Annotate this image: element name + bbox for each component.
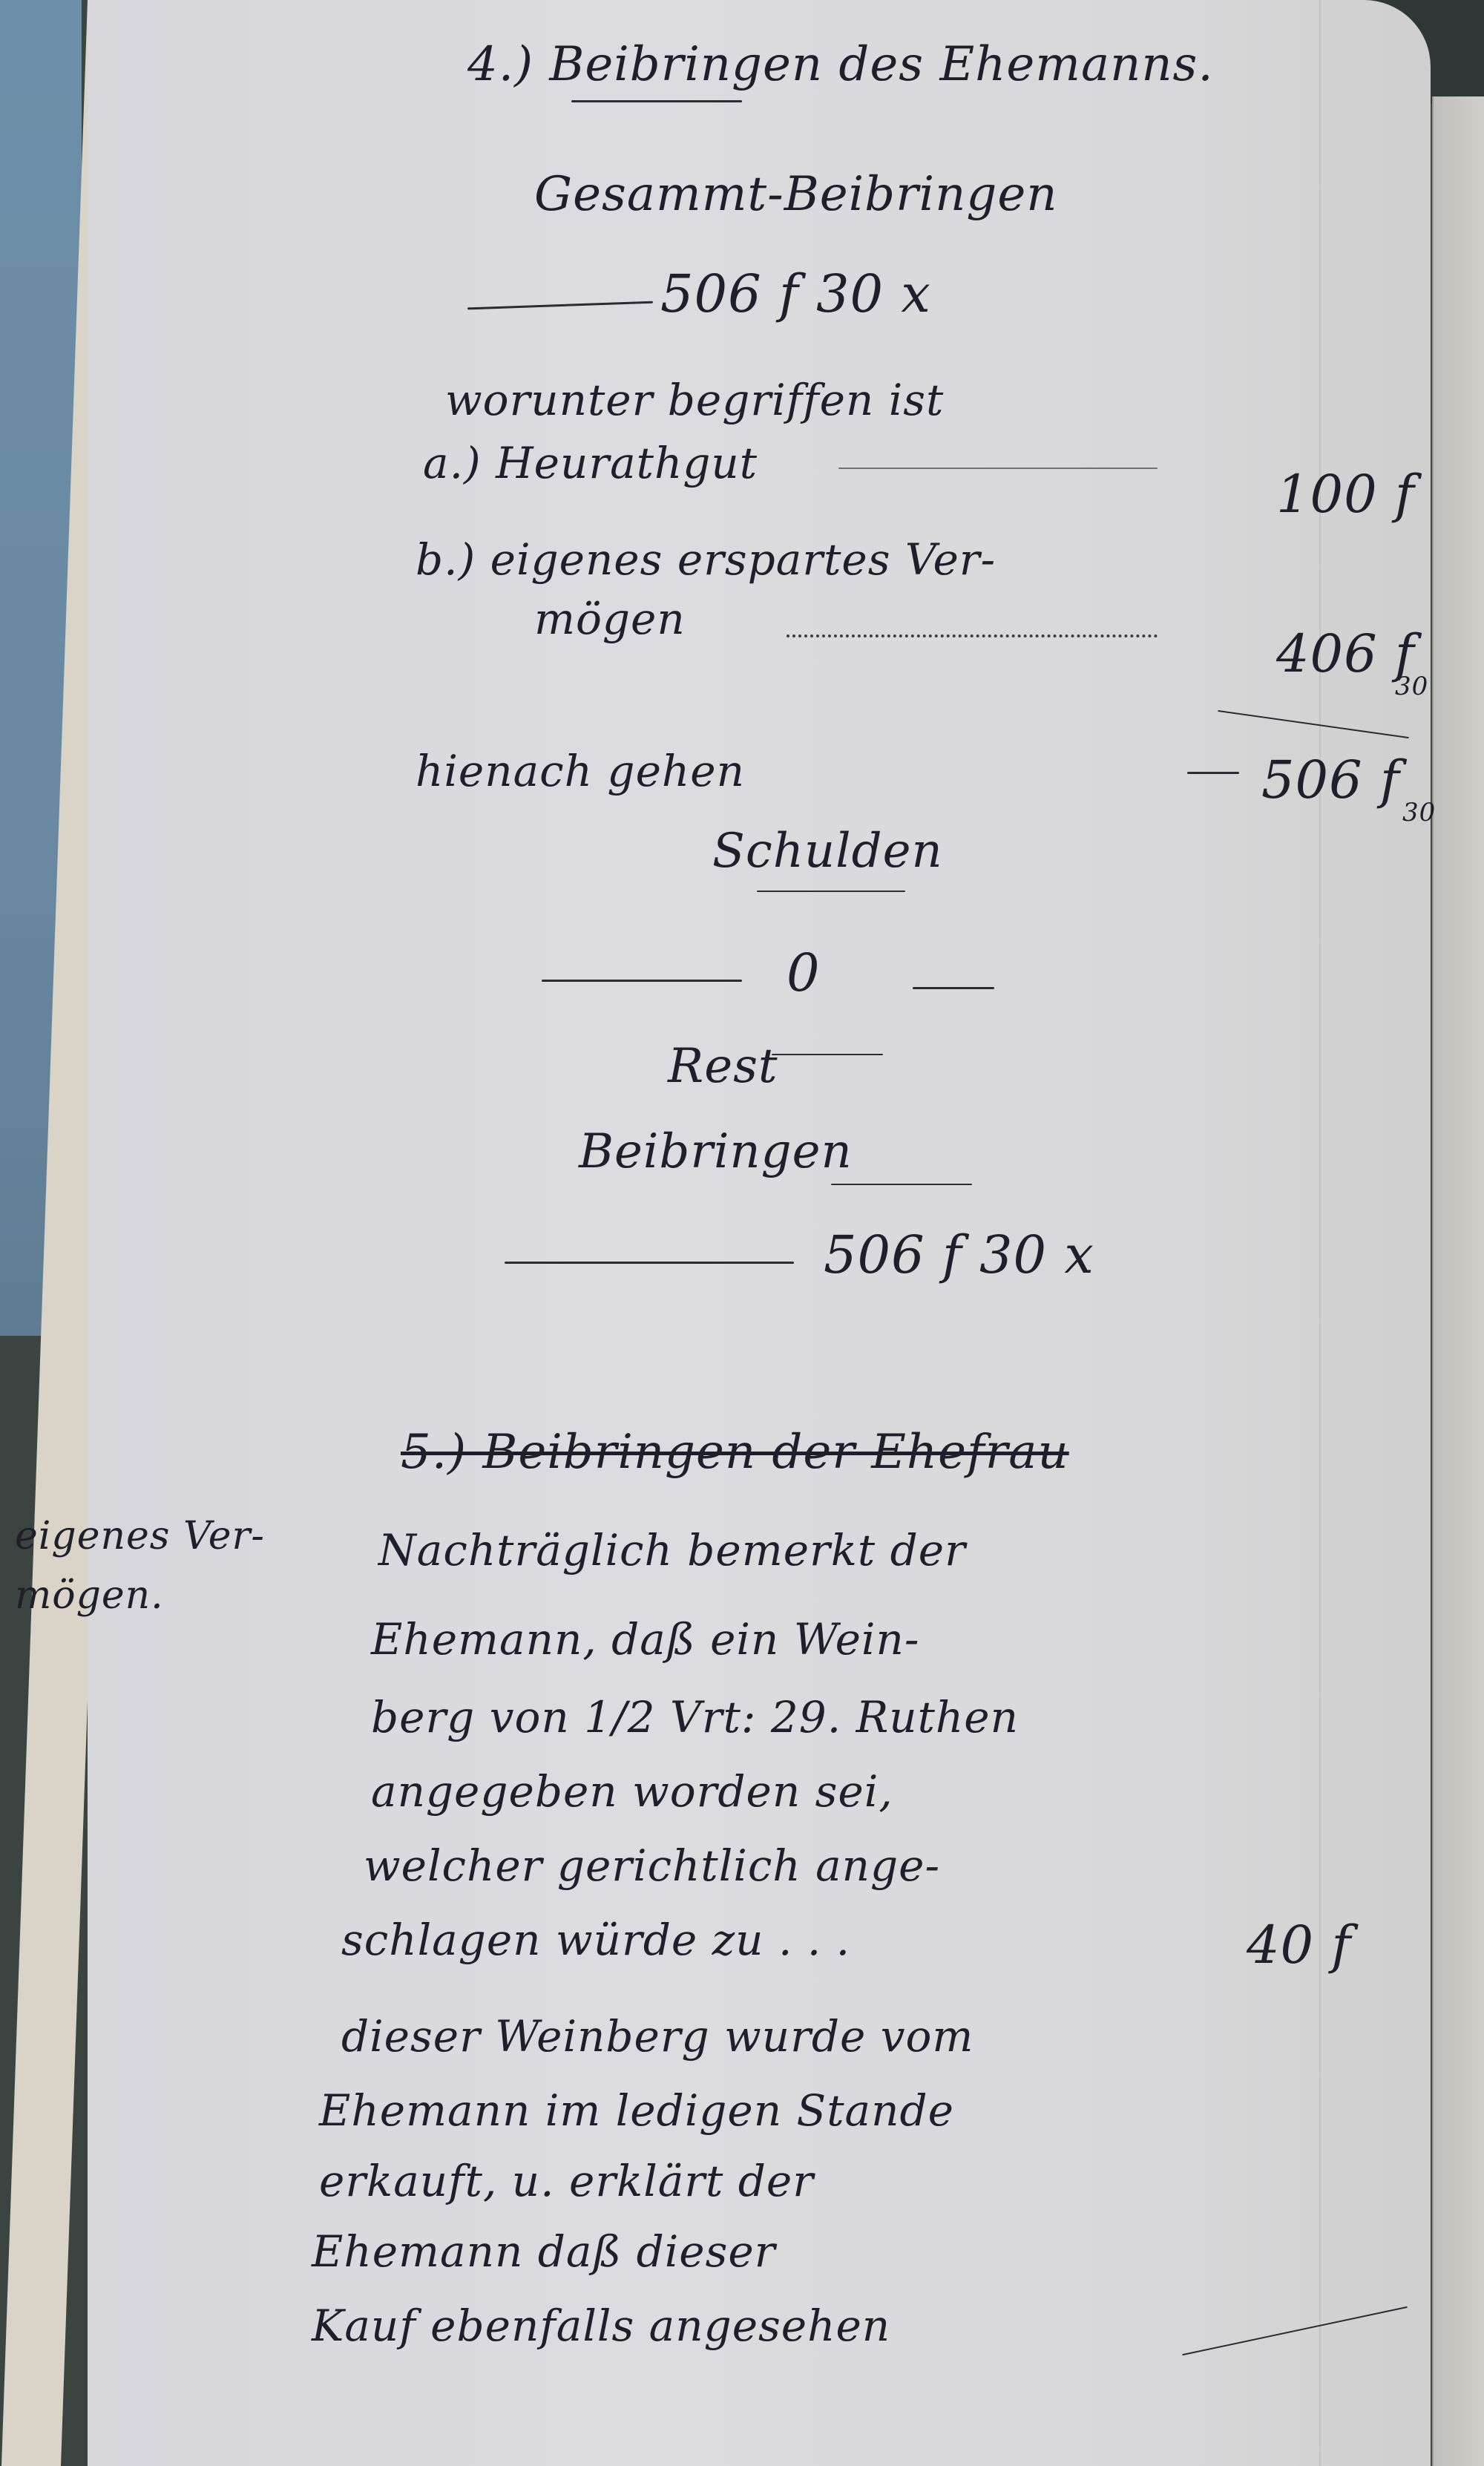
item-b-amount: 406 f bbox=[1276, 623, 1415, 684]
body-line-8: Ehemann im ledigen Stande bbox=[319, 2085, 954, 2136]
page-fold-line bbox=[1319, 0, 1321, 2466]
section-heading: 4.) Beibringen des Ehemanns. bbox=[467, 37, 1214, 92]
total-amount: 506 f 30 x bbox=[660, 263, 931, 324]
item-a-label: a.) Heurathgut bbox=[423, 438, 758, 488]
body-line-2: Ehemann, daß ein Wein- bbox=[371, 1614, 919, 1665]
debts-amount: 0 bbox=[787, 942, 821, 1003]
heading-underline bbox=[571, 100, 742, 102]
sum-leader-line bbox=[1187, 772, 1239, 774]
item-b-label-line1: b.) eigenes erspartes Ver- bbox=[416, 534, 996, 585]
rest-amount: 506 f 30 x bbox=[824, 1224, 1094, 1285]
debts-label: Schulden bbox=[712, 824, 943, 879]
rest-crossbar bbox=[772, 1054, 883, 1055]
rest-label: Rest bbox=[668, 1039, 778, 1094]
debts-leader-right bbox=[913, 987, 994, 989]
debts-leader-left bbox=[542, 980, 742, 982]
rest-leader-line bbox=[505, 1262, 794, 1264]
body-line-9: erkauft, u. erklärt der bbox=[319, 2156, 814, 2206]
margin-note-line2: mögen. bbox=[15, 1573, 164, 1618]
included-label: worunter begriffen ist bbox=[445, 375, 944, 425]
item-b-dotted-leader bbox=[787, 634, 1158, 637]
body-amount: 40 f bbox=[1247, 1915, 1351, 1975]
item-a-amount: 100 f bbox=[1276, 464, 1415, 525]
sum-amount: 506 f bbox=[1261, 750, 1400, 810]
body-line-7: dieser Weinberg wurde vom bbox=[341, 2011, 974, 2062]
sum-label: hienach gehen bbox=[416, 746, 745, 796]
margin-note-line1: eigenes Ver- bbox=[15, 1514, 265, 1558]
body-line-4: angegeben worden sei, bbox=[371, 1766, 893, 1817]
total-label: Gesammt-Beibringen bbox=[534, 167, 1057, 222]
body-line-6: schlagen würde zu . . . bbox=[341, 1915, 850, 1965]
next-page-edge bbox=[1432, 96, 1484, 2466]
item-a-leader-line bbox=[838, 468, 1158, 469]
item-b-kreuzer: 30 bbox=[1395, 672, 1428, 701]
body-line-11: Kauf ebenfalls angesehen bbox=[312, 2301, 890, 2351]
body-line-10: Ehemann daß dieser bbox=[312, 2226, 775, 2277]
rest-underline bbox=[831, 1184, 972, 1185]
struck-heading: 5.) Beibringen der Ehefrau bbox=[401, 1425, 1069, 1480]
rest-label-2: Beibringen bbox=[579, 1124, 853, 1179]
body-line-3: berg von 1/2 Vrt: 29. Ruthen bbox=[371, 1692, 1019, 1742]
body-line-5: welcher gerichtlich ange- bbox=[364, 1840, 940, 1891]
body-line-1: Nachträglich bemerkt der bbox=[378, 1525, 966, 1575]
sum-kreuzer: 30 bbox=[1402, 798, 1436, 827]
debts-underline bbox=[757, 891, 905, 892]
item-b-label-line2: mögen bbox=[534, 594, 686, 644]
